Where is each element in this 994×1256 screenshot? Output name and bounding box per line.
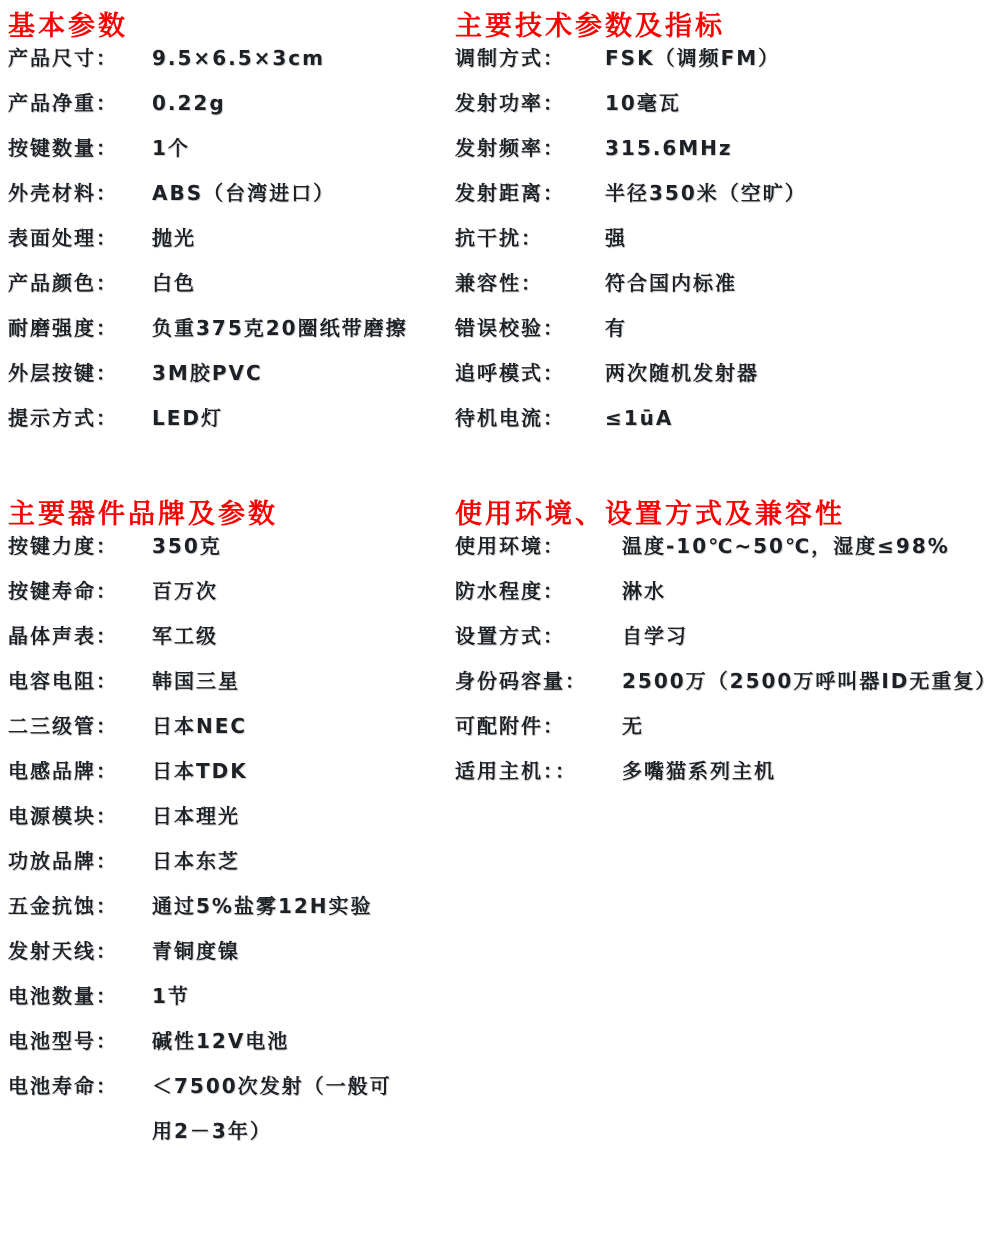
spec-value: 350克: [152, 533, 450, 560]
spec-row: 产品尺寸：9.5×6.5×3cm: [8, 45, 448, 90]
rows: 调制方式：FSK（调频FM）发射功率：10毫瓦发射频率：315.6MHz发射距离…: [455, 45, 992, 450]
spec-value: 强: [605, 225, 992, 252]
spec-label: 产品尺寸：: [8, 45, 152, 72]
spec-row: 待机电流：≤1ūA: [455, 405, 992, 450]
spec-label: 发射频率：: [455, 135, 605, 162]
spec-row: 按键寿命：百万次: [8, 578, 450, 623]
spec-row: 二三级管：日本NEC: [8, 713, 450, 758]
spec-label: 身份码容量：: [455, 668, 622, 695]
spec-value: 日本TDK: [152, 758, 450, 785]
spec-value: FSK（调频FM）: [605, 45, 992, 72]
spec-label: 外层按键：: [8, 360, 152, 387]
spec-label: 电源模块：: [8, 803, 152, 830]
spec-value: 青铜度镍: [152, 938, 450, 965]
spec-value: 通过5%盐雾12H实验: [152, 893, 450, 920]
spec-label: 电池数量：: [8, 983, 152, 1010]
spec-label: 晶体声表：: [8, 623, 152, 650]
spec-label: 产品净重：: [8, 90, 152, 117]
section-basic-params: 基本参数 产品尺寸：9.5×6.5×3cm产品净重：0.22g按键数量：1个外壳…: [8, 8, 448, 450]
spec-value: 温度-10℃~50℃，湿度≤98%: [622, 533, 992, 560]
spec-value: 韩国三星: [152, 668, 450, 695]
spec-row: 表面处理：抛光: [8, 225, 448, 270]
spec-label: 五金抗蚀：: [8, 893, 152, 920]
spec-row: 提示方式：LED灯: [8, 405, 448, 450]
spec-value: 9.5×6.5×3cm: [152, 45, 448, 72]
spec-label: 提示方式：: [8, 405, 152, 432]
spec-value: 半径350米（空旷）: [605, 180, 992, 207]
section-usage-environment: 使用环境、设置方式及兼容性 使用环境：温度-10℃~50℃，湿度≤98%防水程度…: [455, 496, 992, 803]
spec-row: 外层按键：3M胶PVC: [8, 360, 448, 405]
spec-row: 可配附件：无: [455, 713, 992, 758]
spec-label: 二三级管：: [8, 713, 152, 740]
spec-row: 发射功率：10毫瓦: [455, 90, 992, 135]
spec-label: 兼容性：: [455, 270, 605, 297]
spec-value: 军工级: [152, 623, 450, 650]
spec-row: 电池数量：1节: [8, 983, 450, 1028]
spec-row: 追呼模式：两次随机发射器: [455, 360, 992, 405]
spec-value: 多嘴猫系列主机: [622, 758, 992, 785]
spec-row: 使用环境：温度-10℃~50℃，湿度≤98%: [455, 533, 992, 578]
spec-row: 发射频率：315.6MHz: [455, 135, 992, 180]
section-tech-params: 主要技术参数及指标 调制方式：FSK（调频FM）发射功率：10毫瓦发射频率：31…: [455, 8, 992, 450]
spec-row: 按键力度：350克: [8, 533, 450, 578]
spec-row: 产品净重：0.22g: [8, 90, 448, 135]
spec-label: 待机电流：: [455, 405, 605, 432]
spec-value: 百万次: [152, 578, 450, 605]
spec-label: 按键力度：: [8, 533, 152, 560]
spec-label: 抗干扰：: [455, 225, 605, 252]
spec-row: 电感品牌：日本TDK: [8, 758, 450, 803]
spec-label: 电感品牌：: [8, 758, 152, 785]
spec-label: 表面处理：: [8, 225, 152, 252]
spec-row: 电池型号：碱性12V电池: [8, 1028, 450, 1073]
spec-label: 发射天线：: [8, 938, 152, 965]
spec-value: 0.22g: [152, 90, 448, 117]
spec-row: 五金抗蚀：通过5%盐雾12H实验: [8, 893, 450, 938]
spec-label: 使用环境：: [455, 533, 622, 560]
section-title: 基本参数: [8, 8, 448, 45]
spec-value: 抛光: [152, 225, 448, 252]
spec-row: 身份码容量：2500万（2500万呼叫器ID无重复）: [455, 668, 992, 713]
spec-value: 自学习: [622, 623, 992, 650]
spec-value: 负重375克20圈纸带磨擦: [152, 315, 448, 342]
spec-label: 产品颜色：: [8, 270, 152, 297]
spec-value: 10毫瓦: [605, 90, 992, 117]
spec-row: 调制方式：FSK（调频FM）: [455, 45, 992, 90]
section-title: 使用环境、设置方式及兼容性: [455, 496, 992, 533]
spec-value: LED灯: [152, 405, 448, 432]
spec-row: 发射天线：青铜度镍: [8, 938, 450, 983]
spec-row: 防水程度：淋水: [455, 578, 992, 623]
spec-row: 外壳材料：ABS（台湾进口）: [8, 180, 448, 225]
section-title: 主要技术参数及指标: [455, 8, 992, 45]
spec-value: 淋水: [622, 578, 992, 605]
spec-label: 按键寿命：: [8, 578, 152, 605]
spec-value: ≤1ūA: [605, 405, 992, 432]
spec-value: ＜7500次发射（一般可: [152, 1073, 450, 1100]
spec-label: 电池型号：: [8, 1028, 152, 1055]
spec-value: 两次随机发射器: [605, 360, 992, 387]
rows: 产品尺寸：9.5×6.5×3cm产品净重：0.22g按键数量：1个外壳材料：AB…: [8, 45, 448, 450]
spec-value: 日本理光: [152, 803, 450, 830]
spec-value: 用2－3年）: [152, 1118, 450, 1145]
spec-value: 3M胶PVC: [152, 360, 448, 387]
section-component-brands: 主要器件品牌及参数 按键力度：350克按键寿命：百万次晶体声表：军工级电容电阻：…: [8, 496, 450, 1163]
spec-label: 设置方式：: [455, 623, 622, 650]
spec-row: 抗干扰：强: [455, 225, 992, 270]
spec-row: 按键数量：1个: [8, 135, 448, 180]
rows: 使用环境：温度-10℃~50℃，湿度≤98%防水程度：淋水设置方式：自学习身份码…: [455, 533, 992, 803]
spec-row: 电源模块：日本理光: [8, 803, 450, 848]
spec-label: 电池寿命：: [8, 1073, 152, 1100]
spec-value: 碱性12V电池: [152, 1028, 450, 1055]
spec-row: 设置方式：自学习: [455, 623, 992, 668]
spec-row: 发射距离：半径350米（空旷）: [455, 180, 992, 225]
spec-row: 耐磨强度：负重375克20圈纸带磨擦: [8, 315, 448, 360]
spec-value: 315.6MHz: [605, 135, 992, 162]
rows: 按键力度：350克按键寿命：百万次晶体声表：军工级电容电阻：韩国三星二三级管：日…: [8, 533, 450, 1163]
spec-label: 发射距离：: [455, 180, 605, 207]
spec-row: 功放品牌：日本东芝: [8, 848, 450, 893]
spec-row: 产品颜色：白色: [8, 270, 448, 315]
spec-row: 晶体声表：军工级: [8, 623, 450, 668]
spec-label: 追呼模式：: [455, 360, 605, 387]
spec-sheet: 基本参数 产品尺寸：9.5×6.5×3cm产品净重：0.22g按键数量：1个外壳…: [0, 0, 994, 1256]
spec-row: 错误校验：有: [455, 315, 992, 360]
section-title: 主要器件品牌及参数: [8, 496, 450, 533]
spec-value: 无: [622, 713, 992, 740]
spec-value: 符合国内标准: [605, 270, 992, 297]
spec-row: 用2－3年）: [8, 1118, 450, 1163]
spec-label: 电容电阻：: [8, 668, 152, 695]
spec-value: 1个: [152, 135, 448, 162]
spec-value: 2500万（2500万呼叫器ID无重复）: [622, 668, 992, 695]
spec-row: 电池寿命：＜7500次发射（一般可: [8, 1073, 450, 1118]
spec-label: 防水程度：: [455, 578, 622, 605]
spec-label: 耐磨强度：: [8, 315, 152, 342]
spec-label: 错误校验：: [455, 315, 605, 342]
spec-value: 1节: [152, 983, 450, 1010]
spec-label: 适用主机：：: [455, 758, 622, 785]
spec-value: ABS（台湾进口）: [152, 180, 448, 207]
spec-value: 日本东芝: [152, 848, 450, 875]
spec-label: 调制方式：: [455, 45, 605, 72]
spec-value: 有: [605, 315, 992, 342]
spec-row: 适用主机：：多嘴猫系列主机: [455, 758, 992, 803]
spec-value: 日本NEC: [152, 713, 450, 740]
spec-label: 按键数量：: [8, 135, 152, 162]
spec-label: 可配附件：: [455, 713, 622, 740]
spec-label: 功放品牌：: [8, 848, 152, 875]
spec-value: 白色: [152, 270, 448, 297]
spec-label: 外壳材料：: [8, 180, 152, 207]
spec-row: 兼容性：符合国内标准: [455, 270, 992, 315]
spec-row: 电容电阻：韩国三星: [8, 668, 450, 713]
spec-label: 发射功率：: [455, 90, 605, 117]
